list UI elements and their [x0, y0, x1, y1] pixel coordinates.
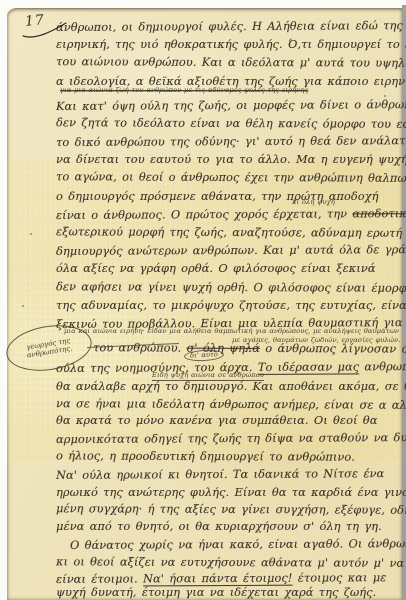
- manuscript-line: της αδυναμίας, το μικρόψυχο ζητούσε, της…: [56, 299, 406, 312]
- manuscript-line: όλα αξίες να γράφη ορθά. Ο φιλόσοφος είν…: [56, 262, 376, 275]
- struck-interlinear-note: για μια αιώνια ζωή του ανθρώπου με τις α…: [60, 86, 308, 94]
- manuscript-line: άνθρωποι, οι δημιουργοί φυλές. Η Αλήθεια…: [56, 19, 406, 34]
- manuscript-line: είναι ο άνθρωπος. Ο πρώτος χορός έρχεται…: [56, 207, 406, 222]
- manuscript-scan: 17 άνθρωποι, οι δημιουργοί φυλές. Η Αλήθ…: [0, 0, 406, 600]
- manuscript-line: ειρηνική, της υιό ηθοκρατικής φυλής. Ό,τ…: [56, 38, 406, 51]
- manuscript-line: εξωτερικού μορφή της ζωής, αναζητούσε, α…: [56, 225, 402, 240]
- manuscript-line: να δίνεται του εαυτού το για το άλλο. Μα…: [56, 153, 406, 166]
- bracket-insert-note: Ειδή ψυχή αιώνια σε ανθρώπου: [152, 371, 264, 381]
- manuscript-line: ηρωικό της ανώτερης φυλής. Είναι θα τα κ…: [56, 486, 406, 499]
- insert-line-b: με αγάπες, θαυμάτων ζωδιών, εργασίες φυλ…: [232, 336, 400, 344]
- manuscript-line: είναι έτοιμοι. Να' ήσαι πάντα έτοιμος! έ…: [56, 571, 386, 586]
- ink-speck: [384, 95, 386, 97]
- manuscript-line: του αιώνιου ανθρώπου. Και α ιδεόλατα μ' …: [56, 55, 406, 70]
- manuscript-line: ψυχή δυνατή, έτοιμη για να ιδέχεται χαρά…: [56, 586, 376, 599]
- manuscript-line: να σε ήναι μια ιδεόλατη άνθρωπος ανήμερ,…: [56, 397, 406, 412]
- manuscript-line: το αγώνα, οι θεοί ο άνθρωπος έχει την αν…: [56, 170, 406, 185]
- insert-line-a: μια και αιώνια ειρήνη· είδαν μια αλήθεια…: [64, 327, 399, 335]
- manuscript-line: δεν ζητά το ιδεόλατο είναι να θέλη κανεί…: [56, 116, 406, 131]
- ink-speck: [22, 305, 24, 307]
- manuscript-line: μένα από το θνητό, οι θα κυριαρχήσουν σ'…: [56, 520, 382, 533]
- manuscript-line: θα ανάλαβε αρχή το δημιουργό. Και αποθάν…: [56, 380, 406, 393]
- manuscript-line: Ο θάνατος χωρίς να ήναι κακό, είναι αγαθ…: [70, 537, 406, 552]
- manuscript-line: δεν αφήσει να γίνει ψυχή ορθή. Ο φιλόσοφ…: [56, 280, 406, 295]
- handwriting-layer: 17 άνθρωποι, οι δημιουργοί φυλές. Η Αλήθ…: [0, 0, 406, 600]
- interlinear-addition: κι όλη ψυχή: [292, 198, 335, 206]
- manuscript-line: Να' ούλα ηρωικοί κι θνητοί. Τα ιδανικά τ…: [56, 467, 384, 482]
- manuscript-line: αρμονικότατα οδηγεί της ζωής τη δίψα να …: [56, 431, 406, 446]
- manuscript-line: το δικό ανθρώπου της οδύνης· γι' αυτό η …: [56, 134, 406, 149]
- manuscript-line: μένη συγχάρη· ή της αξίες να γίνει συγχή…: [56, 502, 406, 517]
- manuscript-line: θα κρατά το μόνο κανένα για συμπάθεια. Ο…: [56, 414, 377, 427]
- manuscript-line: δημιουργός ανώτερων ανθρώπων. Και μ' αυτ…: [56, 243, 406, 258]
- circled-small-note: δι' αυτό: [184, 349, 224, 362]
- manuscript-line: κι οι θεοί αξίζει να ευτυχήσουνε αθάνατα…: [56, 555, 404, 570]
- ink-speck: [30, 233, 32, 235]
- manuscript-line: Και κατ' όψη ούλη της ζωής, οι μορφές να…: [56, 98, 406, 113]
- manuscript-line: ο ήλιος, η προοδευτική δημιουργεί το ανθ…: [56, 449, 355, 463]
